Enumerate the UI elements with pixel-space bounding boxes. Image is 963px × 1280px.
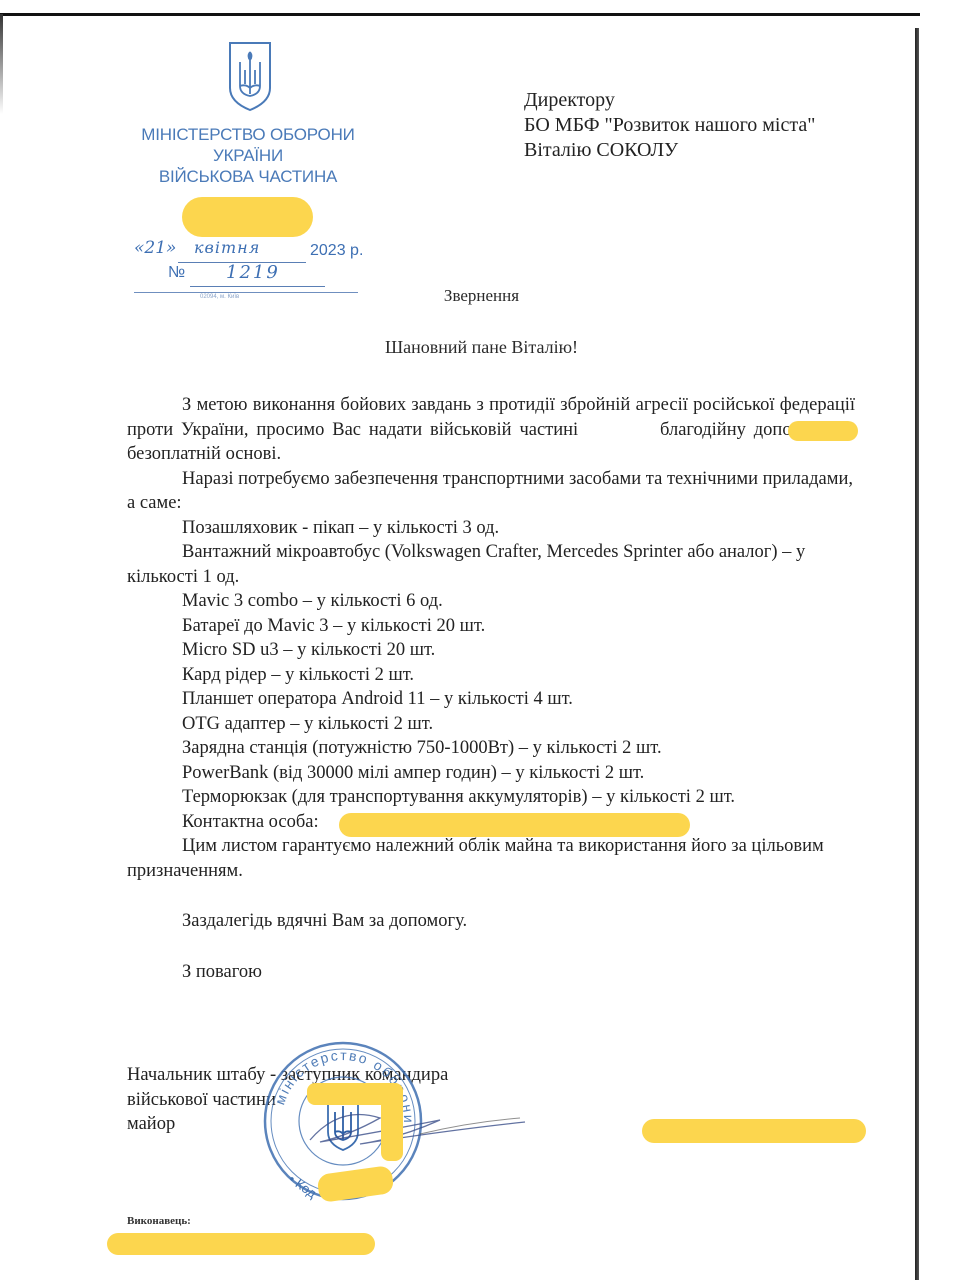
redacted-contact-person (339, 813, 690, 837)
thanks-line: Заздалегідь вдячні Вам за допомогу. (127, 909, 855, 934)
addressee-organization: БО МБФ "Розвиток нашого міста" (524, 113, 815, 138)
letter-body: З метою виконання бойових завдань з прот… (127, 393, 855, 984)
list-item: Позашляховик - пікап – у кількості 3 од. (127, 516, 855, 541)
list-item: Micro SD u3 – у кількості 20 шт. (127, 638, 855, 663)
unit-name: ВІЙСЬКОВА ЧАСТИНА (128, 166, 368, 187)
trident-coat-of-arms-icon (226, 40, 274, 112)
list-item: Вантажний мікроавтобус (Volkswagen Craft… (127, 540, 855, 589)
number-value: 1219 (226, 262, 280, 283)
redacted-signer-surname (642, 1119, 866, 1143)
redacted-signer-name-bar (381, 1083, 403, 1161)
ministry-name: МІНІСТЕРСТВО ОБОРОНИ (128, 124, 368, 145)
date-month: квітня (194, 238, 260, 257)
redacted-unit-reference (788, 421, 858, 441)
list-item: OTG адаптер – у кількості 2 шт. (127, 712, 855, 737)
redacted-unit-number (182, 197, 313, 237)
date-year: 2023 р. (310, 242, 363, 260)
page-border-left (0, 14, 3, 114)
page-border-top (0, 13, 920, 16)
list-item: PowerBank (від 30000 мілі ампер годин) –… (127, 761, 855, 786)
list-item: Mavic 3 combo – у кількості 6 од. (127, 589, 855, 614)
addressee-block: Директору БО МБФ "Розвиток нашого міста"… (524, 88, 815, 163)
list-item: Кард рідер – у кількості 2 шт. (127, 663, 855, 688)
list-item: Зарядна станція (потужністю 750-1000Вт) … (127, 736, 855, 761)
date-day: «21» (134, 238, 176, 258)
addressee-title: Директору (524, 88, 815, 113)
letter-subject: Звернення (0, 286, 963, 306)
handwritten-signature (300, 1100, 530, 1150)
country-name: УКРАЇНИ (128, 145, 368, 166)
paragraph-request: З метою виконання бойових завдань з прот… (127, 393, 855, 467)
page-border-right (915, 28, 919, 1280)
paragraph-needs: Наразі потребуємо забезпечення транспорт… (127, 467, 855, 516)
addressee-name: Віталію СОКОЛУ (524, 138, 815, 163)
executor-label: Виконавець: (127, 1215, 191, 1227)
date-row: «21» квітня 2023 р. (134, 238, 374, 264)
svg-text:• Код: • Код (286, 1171, 320, 1201)
list-item: Терморюкзак (для транспортування аккумул… (127, 785, 855, 810)
list-item: Батареї до Mavic 3 – у кількості 20 шт. (127, 614, 855, 639)
number-label: № (168, 264, 185, 282)
regards-line: З повагою (127, 960, 855, 985)
paragraph-guarantee: Цим листом гарантуємо належний облік май… (127, 834, 855, 883)
salutation: Шановний пане Віталію! (0, 337, 963, 358)
redacted-executor (107, 1233, 375, 1255)
list-item: Планшет оператора Android 11 – у кількос… (127, 687, 855, 712)
